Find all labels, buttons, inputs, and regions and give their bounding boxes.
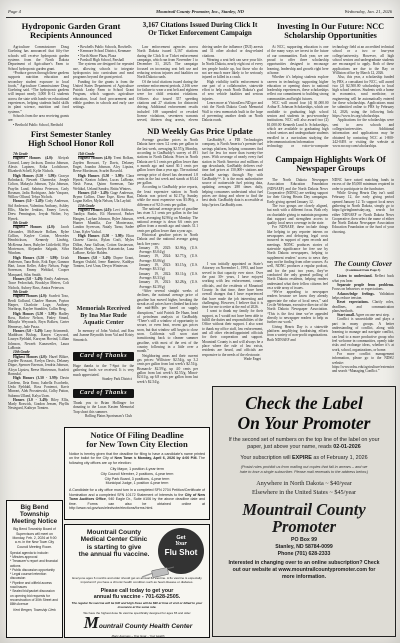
gas-history-line: January 19, 2024: $2.77/g (U.S. Average:… [137,254,198,263]
notice-offices: City Mayor, 1 position 4-year term City … [69,467,205,486]
subscription-headline-1: Check the Label [213,394,395,414]
headline-memorials: Memorials Received By Ina Mae Rude Aquat… [73,306,134,327]
flu-shot-ad: Mountrail County Medical Center Clinic i… [64,524,210,638]
flu-ad-phone: Please call today to get your annual flu… [68,588,206,600]
promoter-brand-line1: Mountrail County [213,501,395,518]
subscription-expire-text: Your subscription will EXPIRE as of Febr… [213,455,395,462]
gas-history-line: January 19, 2021: $2.28/g (U.S. Average:… [137,280,198,289]
big-bend-meeting-notice-box: Big Bend Township Meeting Notice Big Ben… [6,500,63,638]
gas-history-line: January 19, 2025: $2.96/g (U.S. Average:… [137,246,198,255]
honor-roll-col1: 7th Grade Highest Honors (4.0): Aleiyah … [8,152,69,498]
headline-hydroponic: Hydroponic Garden Grant Recipients Annou… [8,22,134,41]
grant-school-item: • Kenmare School District, Kenmare [73,49,134,53]
gas-article-col2: GasBuddy®, a PDI Technologies company, i… [202,138,263,258]
headline-gas-price: ND Weekly Gas Price Update [137,127,263,136]
honor-roll-col2: 11th Grade Highest Honors (4.0): Trent B… [73,152,134,302]
grant-school-item: • Berthold Public School, Berthold [8,123,69,127]
campaign-col1: The North Dakota Newspaper Association E… [267,178,328,383]
headline-honor-roll: First Semester Stanley High School Honor… [8,130,134,148]
flu-ad-title: Mountrail County Medical Center Clinic i… [68,529,160,559]
bigbend-agenda: Special agenda to include: * Minutes app… [10,551,59,607]
subscription-rate-nd: Anywhere in North Dakota ~ $40/year [213,479,395,488]
promoter-brand-line2: Promoter [213,518,395,535]
retirement-letter: I was initially appointed as State’s Att… [202,262,263,383]
health-center-logo: Mountrail County Health Center Many Aven… [73,615,203,638]
page-date: Wednesday, Jan. 21, 2026 [344,9,392,14]
headline-investing: Investing In Our Future: NCC Scholarship… [267,22,394,40]
gas-article-col1: Average gasoline prices in North Dakota … [137,138,198,422]
gas-history-line: January 19, 2023: $3.15/g (U.S. Average:… [137,263,198,272]
subscription-fine-print: (Postal rules prohibit us from mailing o… [213,465,395,475]
promoter-online-info: Interested in changing over to an online… [213,560,395,580]
bigbend-intro: Big Bend Township Board of Supervisors w… [10,527,59,549]
card-signature: Stanley Park District [73,377,134,381]
headline-citations: 3,167 Citations Issued During Click It O… [136,22,264,38]
notice-filing-deadline-box: Notice Of Filing Deadline for New Town C… [64,427,210,520]
notice-title: Notice Of Filing Deadline for New Town C… [69,431,205,450]
subscription-label-text: If the second set of numbers on the top … [213,437,395,451]
card-of-thanks-1: Huge thanks to the 7-Spot for the gather… [73,364,134,386]
article-investing-body: At NCC, supporting education is one of t… [267,45,394,152]
flu-ad-price: The regular flu vaccine will be $30 and … [68,602,206,609]
bigbend-signature: Kent Bergen, Township Clerk [10,608,59,612]
county-clover-continued: (Continued from Page 3) [332,269,394,273]
subscription-ad: Check the Label On Your Promoter If the … [212,386,396,637]
flu-ad-info: Everyone ages 6 months and older should … [68,577,206,585]
subscription-rate-us: Elsewhere in the United States ~ $45/yea… [213,488,395,497]
notice-intro: Notice is hereby given that the deadline… [69,452,205,465]
headline-campaign: Campaign Highlights Work Of Newspaper Gr… [267,155,394,173]
card-of-thanks-banner: Card of Thanks [73,389,134,398]
card-of-thanks-2: Thank you to Brian Hollinger for donatin… [73,401,134,425]
masthead: Mountrail County Promoter, Inc., Stanley… [0,9,400,14]
notice-outro: A Candidate for a city office must turn … [69,488,205,510]
logo-tagline: Many Avenues – One Goal....Your Health [73,634,203,638]
gas-history-line: January 19, 2022: $3.11/g (U.S. Average:… [137,272,198,281]
letter-signature: Wade Enget [202,357,263,361]
county-clover: The County Clover (Continued from Page 3… [332,260,394,383]
campaign-col2: NDNC have raised matching funds in exces… [332,178,394,258]
memorials-body: In memory of John Vachal, and Ken and Jo… [73,329,134,347]
header-rule [6,17,394,18]
article-hydroponic-body: Agriculture Commissioner Doug Goehring h… [8,45,134,128]
card-of-thanks-banner: Card of Thanks [73,352,134,361]
bigbend-title: Big Bend Township Meeting Notice [10,504,59,525]
newspaper-page: Page 4 Mountrail County Promoter, Inc., … [0,0,400,643]
article-citations-body: Law enforcement agencies across North Da… [137,45,263,124]
promoter-address: PO Box 99 Stanley, ND 58784-0099 Phone (… [213,537,395,558]
card-signature: Rolling Plains Sportsman’s Club [73,414,134,418]
subscription-headline-2: On Your Promoter [213,414,395,434]
